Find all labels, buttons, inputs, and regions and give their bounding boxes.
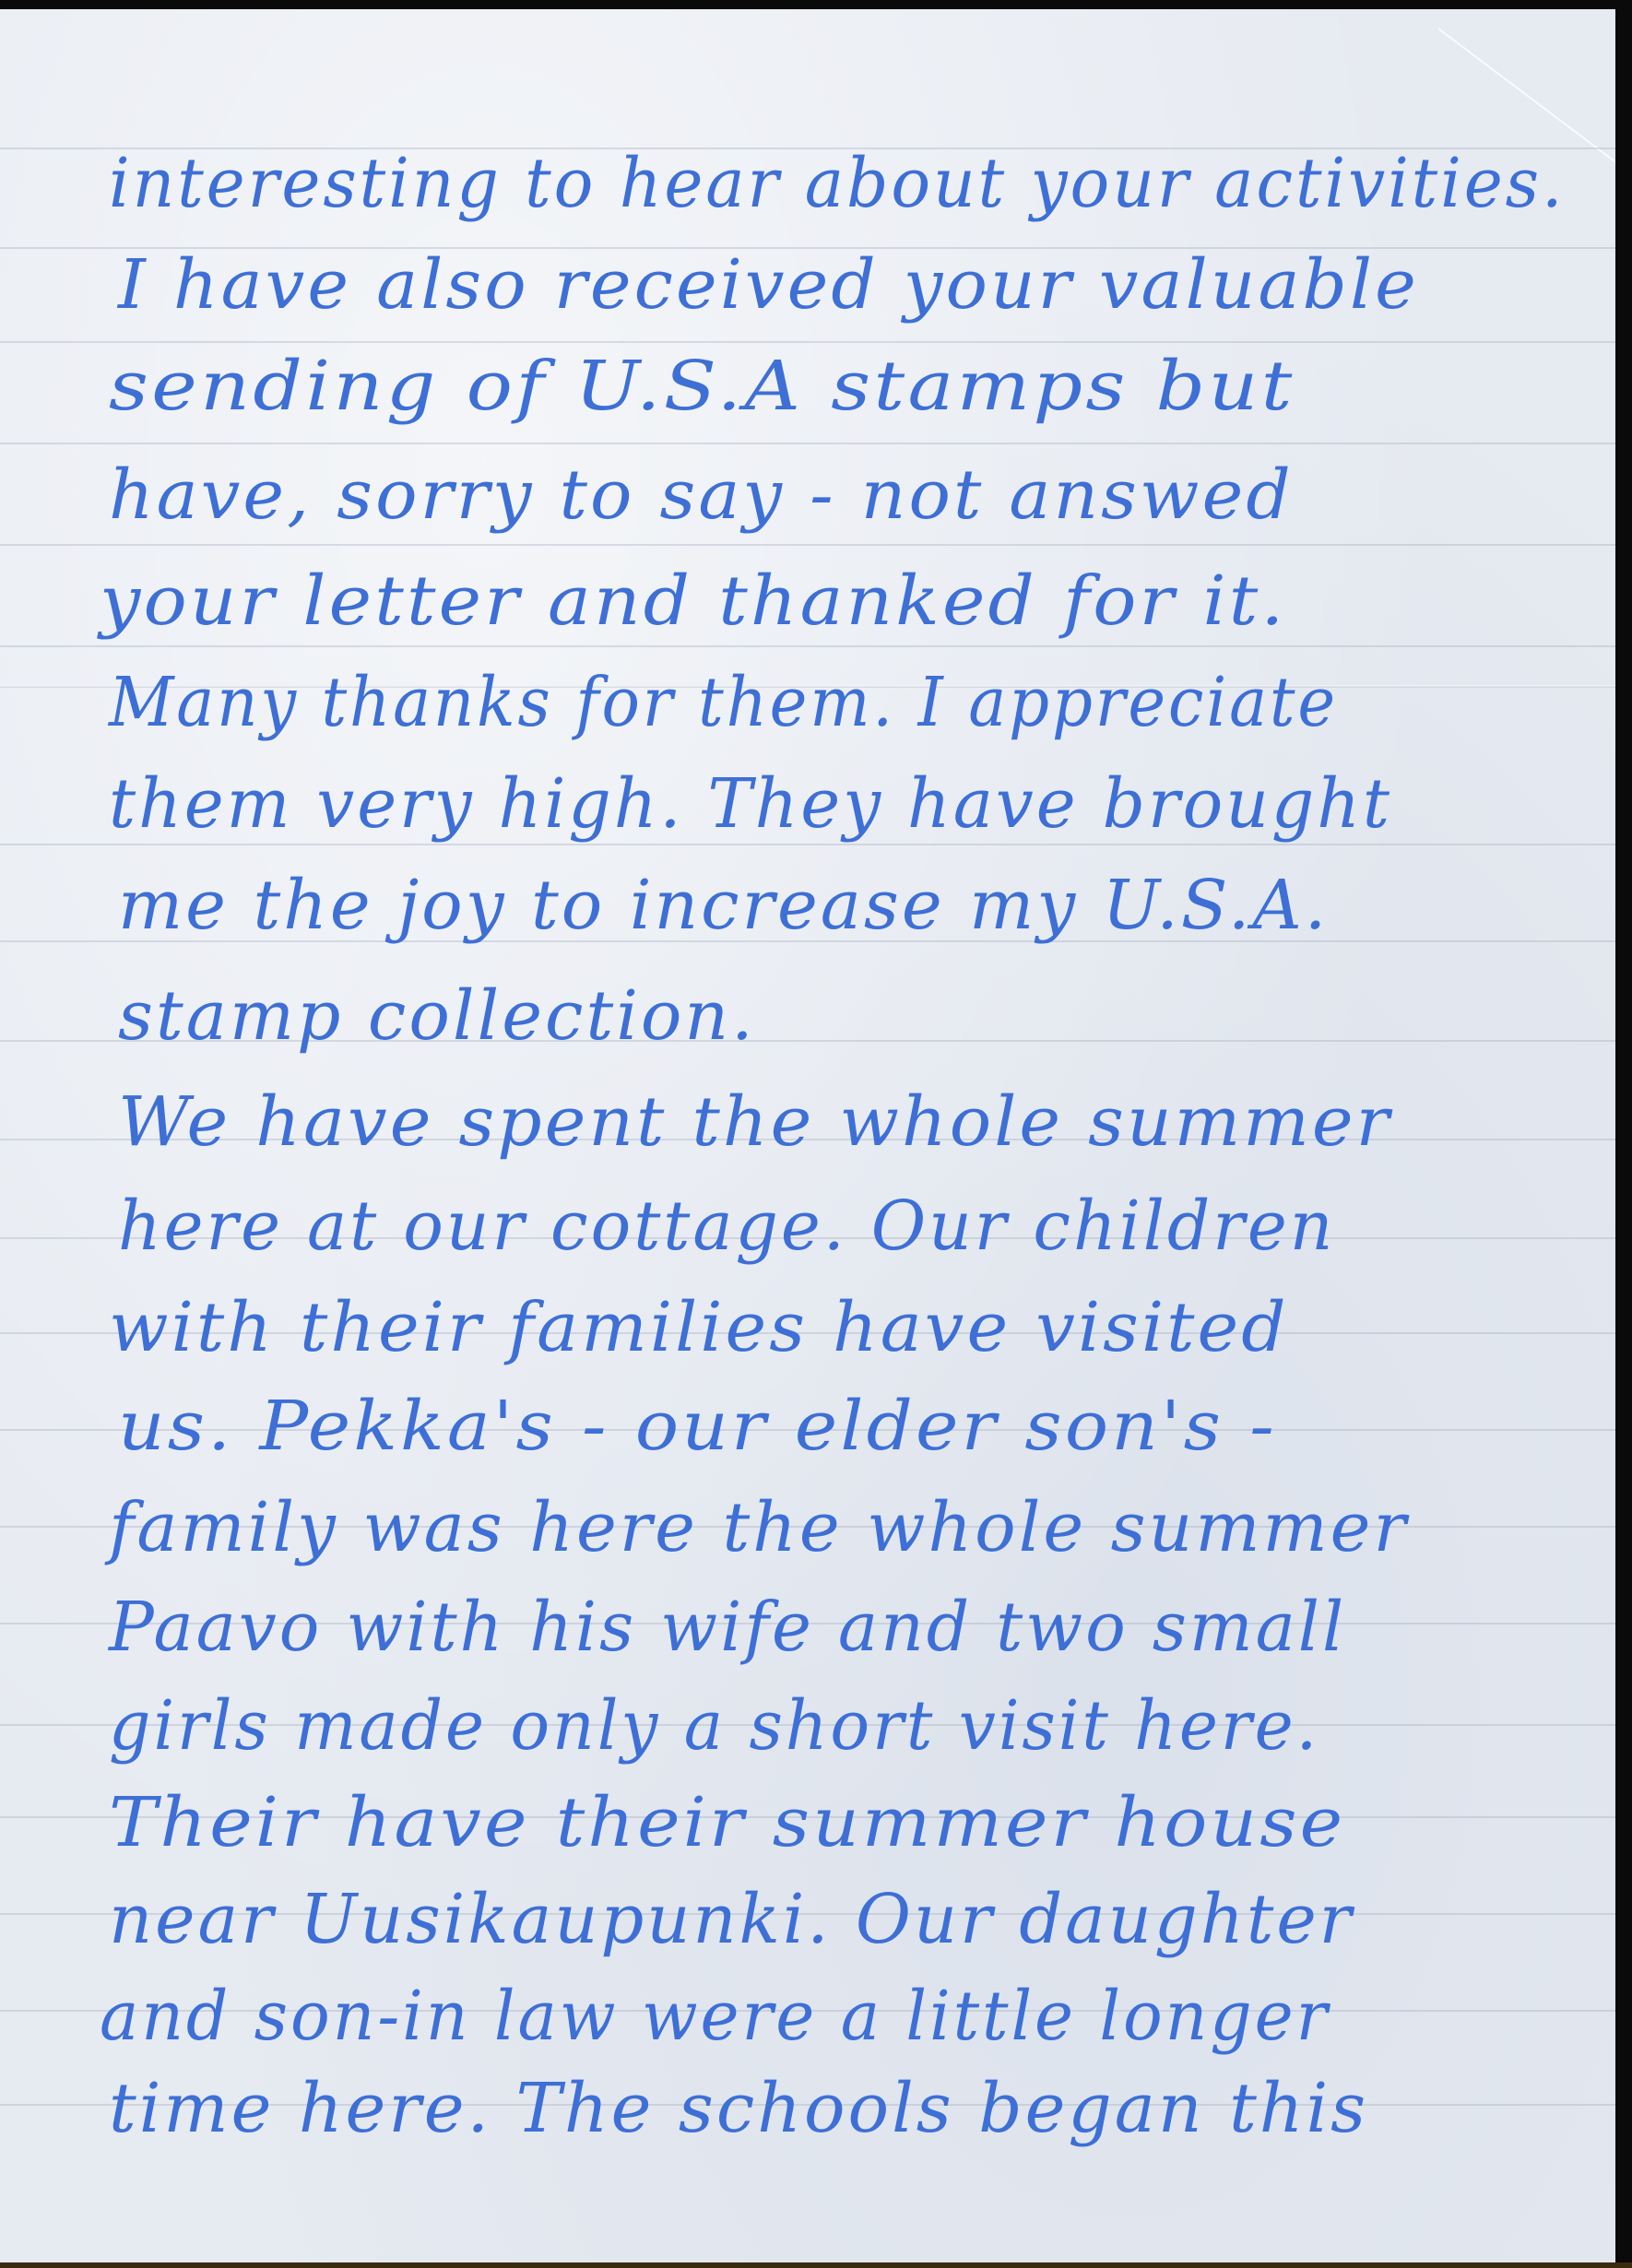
letter-line: them very high. They have brought: [109, 770, 1392, 838]
letter-line: Paavo with his wife and two small: [109, 1593, 1346, 1661]
scan-border-bottom: [0, 2262, 1632, 2268]
letter-line: Many thanks for them. I appreciate: [109, 668, 1338, 737]
letter-line: We have spent the whole summer: [118, 1088, 1392, 1156]
letter-line: girls made only a short visit here.: [109, 1692, 1319, 1760]
letter-line: time here. The schools began this: [109, 2074, 1368, 2143]
letter-line: us. Pekka's - our elder son's -: [118, 1392, 1277, 1460]
letter-page: interesting to hear about your activitie…: [0, 9, 1615, 2262]
ruled-line: [0, 544, 1615, 546]
letter-line: have, sorry to say - not answed: [109, 461, 1294, 529]
ruled-line: [0, 645, 1615, 647]
ruled-line: [0, 341, 1615, 343]
letter-line: near Uusikaupunki. Our daughter: [109, 1885, 1354, 1954]
letter-line: Their have their summer house: [109, 1789, 1345, 1857]
ruled-line: [0, 844, 1615, 845]
scan-border-right: [1615, 0, 1632, 2268]
letter-line: stamp collection.: [118, 982, 756, 1050]
letter-line: here at our cottage. Our children: [118, 1192, 1335, 1260]
ruled-line: [0, 443, 1615, 444]
letter-line: with their families have visited: [109, 1293, 1289, 1362]
letter-line: I have also received your valuable: [118, 251, 1419, 319]
letter-line: your letter and thanked for it.: [100, 567, 1287, 635]
letter-line: me the joy to increase my U.S.A.: [118, 871, 1329, 939]
letter-line: and son-in law were a little longer: [100, 1982, 1330, 2050]
letter-line: interesting to hear about your activitie…: [109, 149, 1565, 218]
letter-line: family was here the whole summer: [109, 1494, 1409, 1562]
letter-line: sending of U.S.A stamps but: [109, 352, 1295, 420]
